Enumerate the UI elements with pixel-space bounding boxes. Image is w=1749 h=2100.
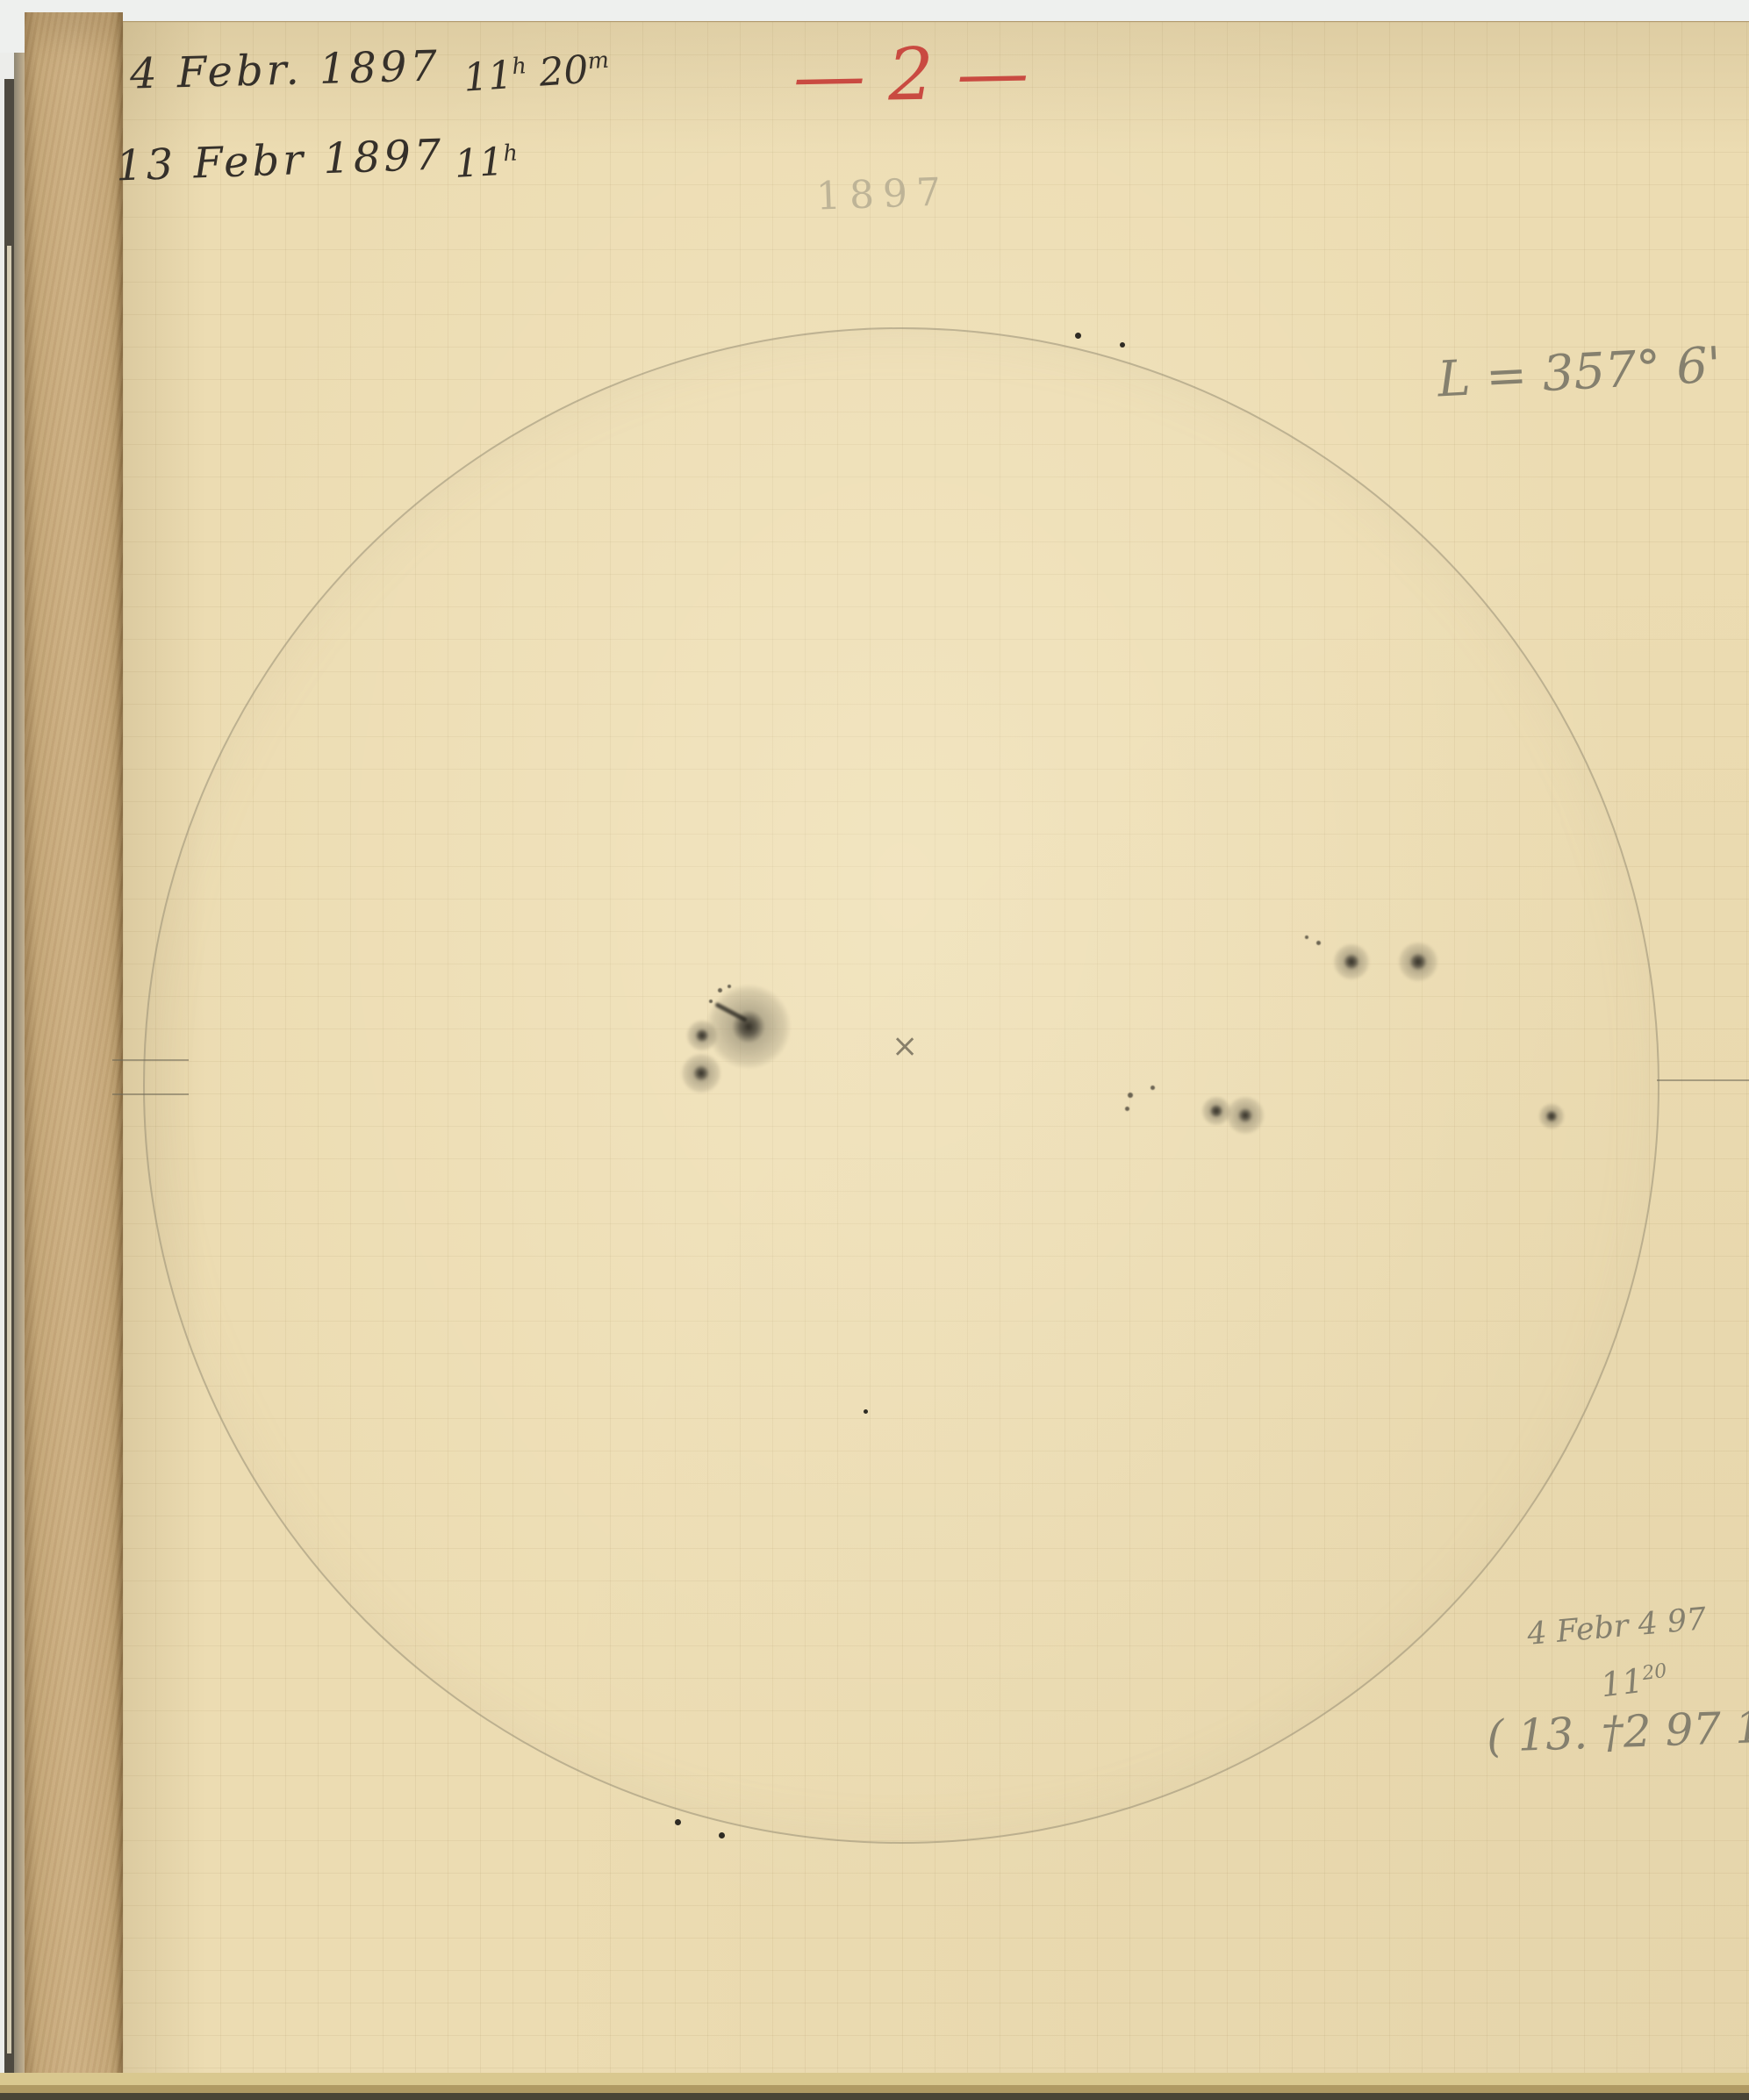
sunspot-speck	[1305, 935, 1308, 939]
sunspot-tail	[714, 1002, 748, 1022]
sunspot	[706, 985, 791, 1069]
sunspot-speck	[1125, 1107, 1129, 1111]
ink-dot	[675, 1819, 681, 1825]
sunspot	[686, 1020, 718, 1051]
observation-time-2: 11h	[454, 139, 520, 187]
ink-dot	[719, 1832, 725, 1838]
sunspot-speck	[1128, 1093, 1133, 1098]
sunspot-speck	[1150, 1086, 1155, 1090]
ink-dot	[1075, 333, 1081, 339]
observation-date-1: 4 Febr. 1897	[129, 41, 441, 98]
pencil-note-2: 1120	[1599, 1659, 1670, 1705]
sunspot-speck	[1316, 941, 1321, 945]
sunspot-speck	[709, 1000, 713, 1003]
time-2-hours: 11	[454, 140, 505, 187]
page-edge-paper	[7, 246, 11, 2053]
time-1-hours-symbol: h	[511, 53, 527, 80]
book-page-edges	[0, 53, 25, 2100]
sunspot	[1398, 942, 1438, 982]
pencil-line	[112, 1059, 189, 1061]
sunspot-speck	[728, 985, 731, 988]
year-stamp: 1897	[815, 169, 950, 219]
pencil-x-mark: ×	[892, 1028, 918, 1064]
page-number: — 2 —	[778, 31, 1043, 118]
time-1-minutes-symbol: m	[587, 47, 610, 75]
sunspot	[681, 1053, 721, 1093]
pencil-note-2-base: 11	[1599, 1661, 1645, 1705]
time-1-hours: 11	[462, 53, 513, 101]
pencil-note-2-sup: 20	[1641, 1660, 1668, 1685]
sunspot	[1226, 1096, 1265, 1135]
ink-dot	[1120, 342, 1125, 348]
ink-dot	[864, 1409, 868, 1414]
pencil-line	[1657, 1079, 1749, 1081]
solar-disk-circle	[143, 327, 1659, 1844]
bottom-page-stack-edge	[0, 2073, 1749, 2100]
sunspot-speck	[718, 988, 722, 993]
sunspot	[1333, 943, 1370, 980]
pencil-note-3: ( 13. †2 97 11	[1486, 1701, 1749, 1762]
pencil-line	[112, 1093, 189, 1095]
binding-strip	[25, 12, 123, 2100]
sunspot	[1538, 1103, 1565, 1129]
time-2-hours-symbol: h	[503, 140, 519, 167]
notebook-scan: 4 Febr. 1897 11h 20m 13 Febr 1897 11h — …	[0, 0, 1749, 2100]
binding-gutter-shadow	[14, 53, 25, 2100]
time-1-minutes: 20	[538, 47, 590, 96]
